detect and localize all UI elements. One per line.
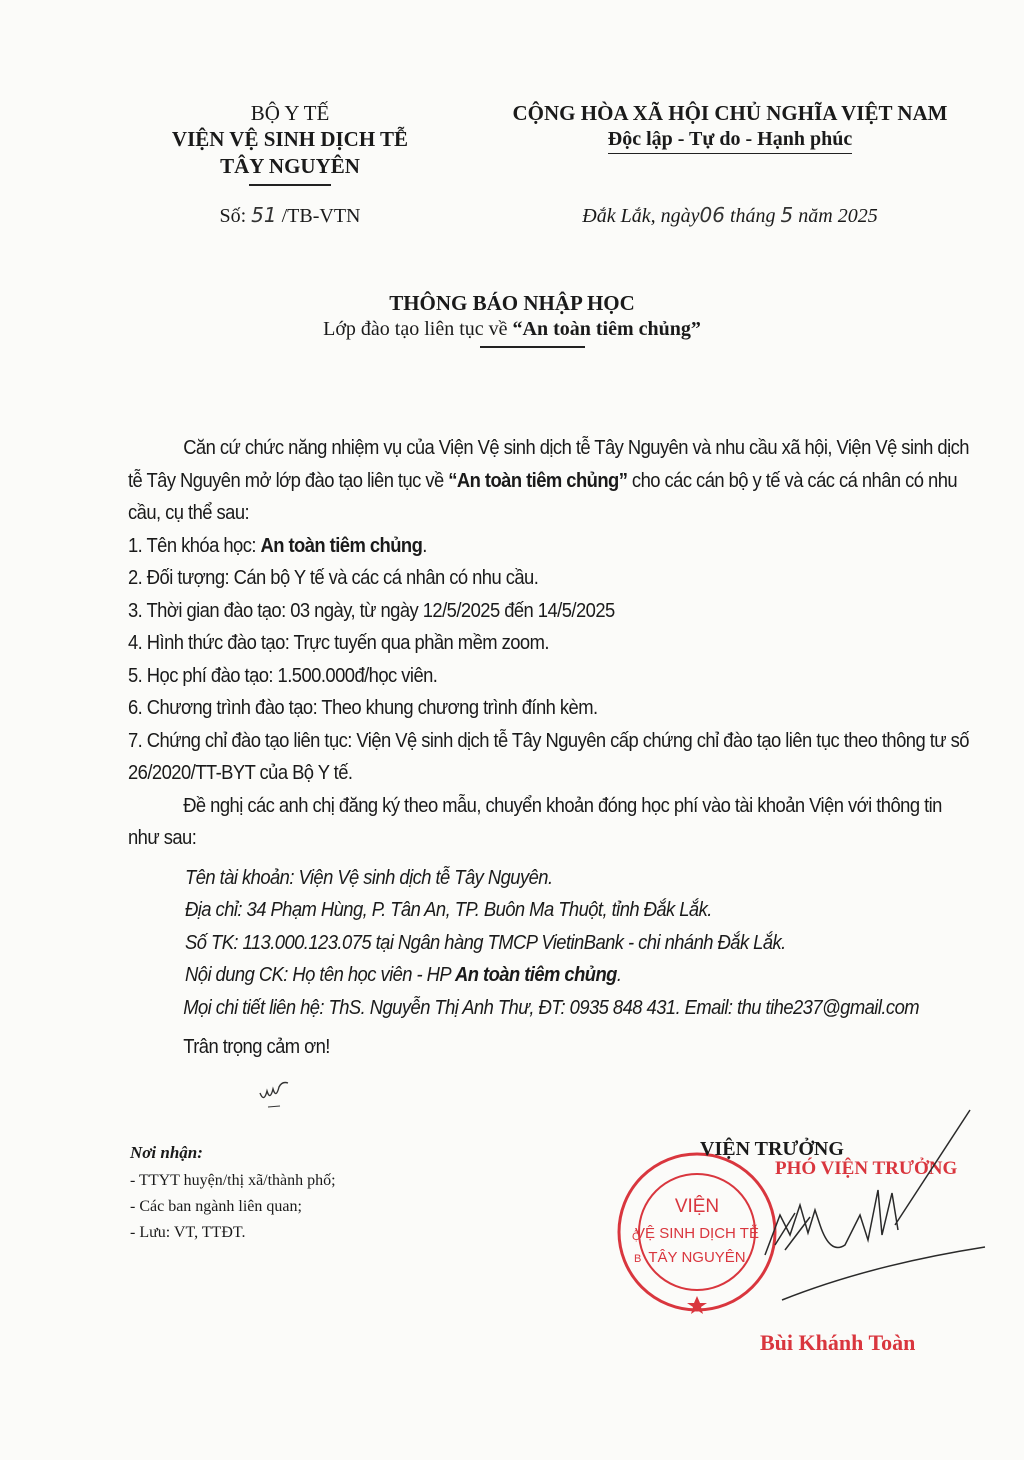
initials-scribble-icon: [258, 1073, 298, 1109]
list-item: 4. Hình thức đào tạo: Trực tuyến qua phầ…: [128, 627, 974, 660]
recipients-heading: Nơi nhận:: [130, 1140, 336, 1166]
date-prefix: Đắk Lắk, ngày: [582, 205, 699, 227]
closing-line: Trân trọng cảm ơn!: [128, 1031, 974, 1064]
contact-info: Mọi chi tiết liên hệ: ThS. Nguyễn Thị An…: [128, 992, 974, 1025]
bank-address: Địa chỉ: 34 Phạm Hùng, P. Tân An, TP. Bu…: [128, 894, 974, 927]
issuing-authority: BỘ Y TẾ VIỆN VỆ SINH DỊCH TỄ TÂY NGUYÊN: [130, 100, 450, 186]
recipient-item: - Các ban ngành liên quan;: [130, 1194, 336, 1220]
date-year: năm 2025: [798, 205, 877, 227]
title-subtitle: Lớp đào tạo liên tục về “An toàn tiêm ch…: [0, 316, 1024, 342]
month-label: tháng: [730, 205, 776, 227]
national-motto: Độc lập - Tự do - Hạnh phúc: [608, 126, 852, 154]
institute-name-line2: TÂY NGUYÊN: [130, 153, 450, 180]
handwritten-month: 5: [781, 203, 794, 227]
bank-account-name: Tên tài khoản: Viện Vệ sinh dịch tễ Tây …: [128, 862, 974, 895]
document-number: Số: 51 /TB-VTN: [130, 203, 450, 228]
transfer-note: Nội dung CK: Họ tên học viên - HP An toà…: [128, 959, 974, 992]
notice-title: THÔNG BÁO NHẬP HỌC Lớp đào tạo liên tục …: [0, 290, 1024, 348]
item-rest: .: [422, 535, 427, 557]
recipient-item: - Lưu: VT, TTĐT.: [130, 1220, 336, 1246]
bank-account-number: Số TK: 113.000.123.075 tại Ngân hàng TMC…: [128, 927, 974, 960]
item-label: 1. Tên khóa học:: [128, 535, 260, 557]
intro-paragraph: Căn cứ chức năng nhiệm vụ của Viện Vệ si…: [128, 432, 974, 530]
item-bold: An toàn tiêm chủng: [260, 535, 422, 557]
signature-icon: [720, 1105, 990, 1335]
ministry-name: BỘ Y TẾ: [130, 100, 450, 126]
svg-text:VIỆN: VIỆN: [675, 1195, 719, 1217]
svg-text:B: B: [634, 1253, 641, 1265]
document-date: Đắk Lắk, ngày06 tháng 5 năm 2025: [470, 203, 990, 228]
institute-name-line1: VIỆN VỆ SINH DỊCH TỄ: [130, 126, 450, 153]
request-paragraph: Đề nghị các anh chị đăng ký theo mẫu, ch…: [128, 790, 974, 855]
transfer-note-suffix: .: [617, 964, 622, 986]
subtitle-prefix: Lớp đào tạo liên tục về: [323, 318, 512, 340]
handwritten-number: 51: [251, 203, 276, 227]
list-item: 6. Chương trình đào tạo: Theo khung chươ…: [128, 692, 974, 725]
recipient-item: - TTYT huyện/thị xã/thành phố;: [130, 1168, 336, 1194]
list-item: 2. Đối tượng: Cán bộ Y tế và các cá nhân…: [128, 562, 974, 595]
number-prefix: Số:: [219, 205, 246, 227]
handwritten-day: 06: [700, 203, 725, 227]
transfer-note-prefix: Nội dung CK: Họ tên học viên - HP: [185, 964, 455, 986]
svg-text:Ộ: Ộ: [632, 1230, 641, 1243]
number-suffix: /TB-VTN: [282, 205, 361, 227]
country-name: CỘNG HÒA XÃ HỘI CHỦ NGHĨA VIỆT NAM: [470, 100, 990, 126]
notice-body: Căn cứ chức năng nhiệm vụ của Viện Vệ si…: [128, 432, 974, 1064]
list-item: 5. Học phí đào tạo: 1.500.000đ/học viên.: [128, 660, 974, 693]
subtitle-course: “An toàn tiêm chủng”: [513, 318, 701, 340]
list-item: 3. Thời gian đào tạo: 03 ngày, từ ngày 1…: [128, 595, 974, 628]
recipients-block: Nơi nhận: - TTYT huyện/thị xã/thành phố;…: [130, 1140, 336, 1246]
transfer-note-course: An toàn tiêm chủng: [455, 964, 617, 986]
list-item: 7. Chứng chỉ đào tạo liên tục: Viện Vệ s…: [128, 725, 974, 790]
signer-name: Bùi Khánh Toàn: [760, 1330, 915, 1356]
list-item: 1. Tên khóa học: An toàn tiêm chủng.: [128, 530, 974, 563]
national-header: CỘNG HÒA XÃ HỘI CHỦ NGHĨA VIỆT NAM Độc l…: [470, 100, 990, 154]
title-main: THÔNG BÁO NHẬP HỌC: [0, 290, 1024, 316]
intro-course-name: “An toàn tiêm chủng”: [448, 470, 627, 492]
title-underline: [480, 346, 585, 348]
header-underline: [249, 184, 331, 186]
